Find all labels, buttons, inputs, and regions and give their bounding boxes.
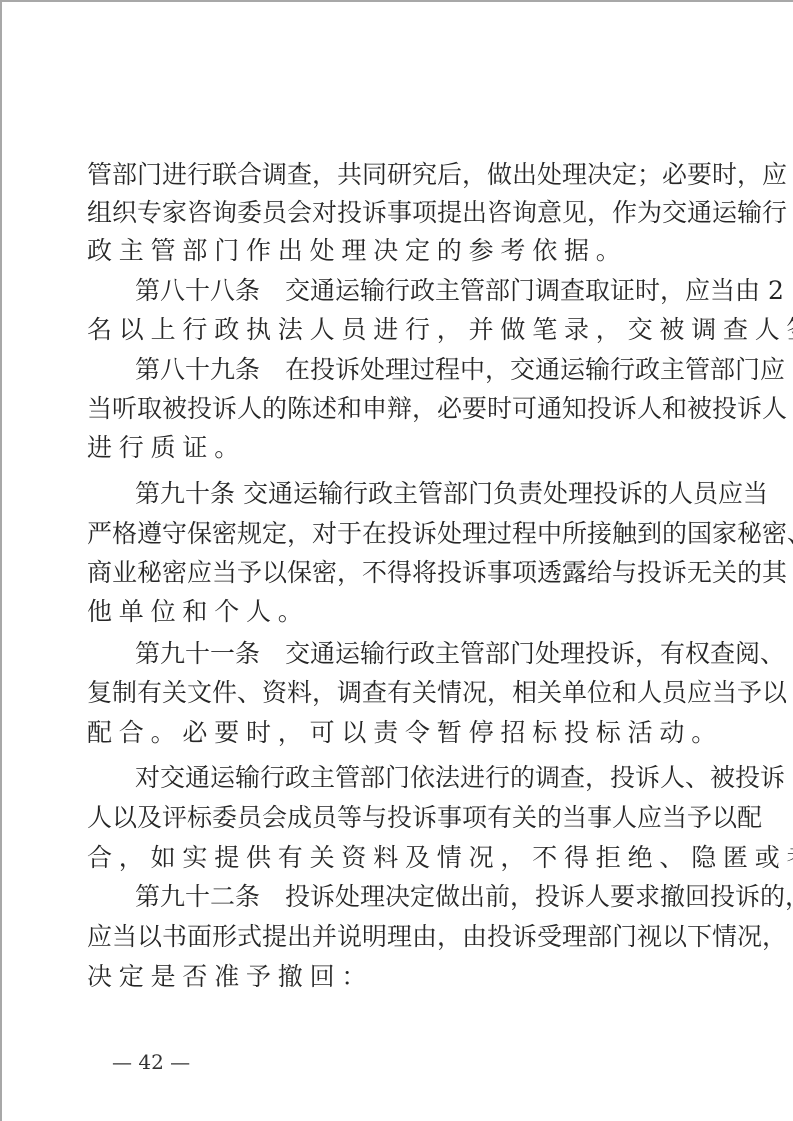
text-line-11: 商业秘密应当予以保密，不得将投诉事项透露给与投诉无关的其 [87, 558, 694, 588]
text-line-3: 政主管部门作出处理决定的参考依据。 [87, 236, 694, 266]
article-88-heading-line: 第八十八条 交通运输行政主管部门调查取证时，应当由 2 [135, 276, 694, 306]
paragraph-cooperation-line: 对交通运输行政主管部门依法进行的调查，投诉人、被投诉 [135, 763, 694, 793]
page-number: — 42 — [112, 1050, 190, 1074]
text-line-8: 进行质证。 [87, 433, 694, 463]
text-line-17: 人以及评标委员会成员等与投诉事项有关的当事人应当予以配 [87, 803, 694, 833]
text-line-10: 严格遵守保密规定，对于在投诉处理过程中所接触到的国家秘密、 [87, 519, 694, 549]
text-line-18: 合，如实提供有关资料及情况，不得拒绝、隐匿或者伪报。 [87, 843, 694, 873]
article-90-heading-line: 第九十条 交通运输行政主管部门负责处理投诉的人员应当 [135, 479, 694, 509]
article-92-heading-line: 第九十二条 投诉处理决定做出前，投诉人要求撤回投诉的， [135, 882, 694, 912]
text-line-21: 决定是否准予撤回： [87, 962, 694, 992]
document-page: 管部门进行联合调查，共同研究后，做出处理决定；必要时，应 组织专家咨询委员会对投… [0, 0, 793, 1121]
article-89-heading-line: 第八十九条 在投诉处理过程中，交通运输行政主管部门应 [135, 355, 694, 385]
text-line-15: 配合。必要时，可以责令暂停招标投标活动。 [87, 718, 694, 748]
text-line-2: 组织专家咨询委员会对投诉事项提出咨询意见，作为交通运输行 [87, 198, 694, 228]
article-91-heading-line: 第九十一条 交通运输行政主管部门处理投诉，有权查阅、 [135, 639, 694, 669]
text-line-5: 名以上行政执法人员进行，并做笔录，交被调查人签字确认。 [87, 315, 694, 345]
text-line-7: 当听取被投诉人的陈述和申辩，必要时可通知投诉人和被投诉人 [87, 394, 694, 424]
text-line-1: 管部门进行联合调查，共同研究后，做出处理决定；必要时，应 [87, 160, 694, 190]
text-line-14: 复制有关文件、资料，调查有关情况，相关单位和人员应当予以 [87, 678, 694, 708]
text-line-12: 他单位和个人。 [87, 597, 694, 627]
text-line-20: 应当以书面形式提出并说明理由，由投诉受理部门视以下情况， [87, 922, 694, 952]
